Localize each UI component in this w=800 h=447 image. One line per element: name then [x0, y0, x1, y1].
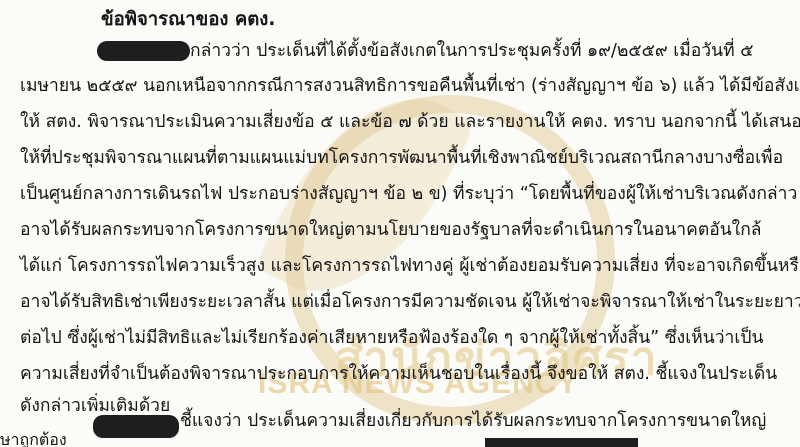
paragraph-line: ได้แก่ โครงการรถไฟความเร็วสูง และโครงการ…: [20, 254, 800, 278]
redaction-block: [93, 415, 179, 438]
paragraph-line: ต่อไป ซึ่งผู้เช่าไม่มีสิทธิและไม่เรียกร้…: [20, 326, 763, 350]
paragraph-line: ชี้แจงว่า ประเด็นความเสี่ยงเกี่ยวกับการไ…: [180, 409, 766, 433]
redaction-block: [97, 41, 190, 61]
margin-note: ษาถูกต้อง: [0, 428, 67, 447]
redaction-block: [485, 438, 638, 447]
scanned-document-page: สำนักข่าวอิศรา ISRA NEWS AGENCY ข้อพิจาร…: [0, 0, 800, 447]
paragraph-line: เมษายน ๒๕๕๙ นอกเหนือจากกรณีการสงวนสิทธิก…: [20, 74, 800, 98]
paragraph-line: ให้ที่ประชุมพิจารณาแผนที่ตามแผนแม่บทโครง…: [20, 146, 783, 170]
paragraph-line: กล่าวว่า ประเด็นที่ได้ตั้งข้อสังเกตในการ…: [190, 39, 753, 63]
section-heading: ข้อพิจารณาของ คตง.: [101, 8, 275, 32]
paragraph-line: ให้ สตง. พิจารณาประเมินความเสี่ยงข้อ ๕ แ…: [20, 110, 800, 134]
paragraph-line: อาจได้รับผลกระทบจากโครงการขนาดใหญ่ตามนโย…: [20, 218, 762, 242]
paragraph-line: อาจได้รับสิทธิเช่าเพียงระยะเวลาสั้น แต่เ…: [20, 290, 800, 314]
paragraph-line: ความเสี่ยงที่จำเป็นต้องพิจารณาประกอบการใ…: [20, 362, 777, 386]
paragraph-line: เป็นศูนย์กลางการเดินรถไฟ ประกอบร่างสัญญา…: [20, 182, 797, 206]
